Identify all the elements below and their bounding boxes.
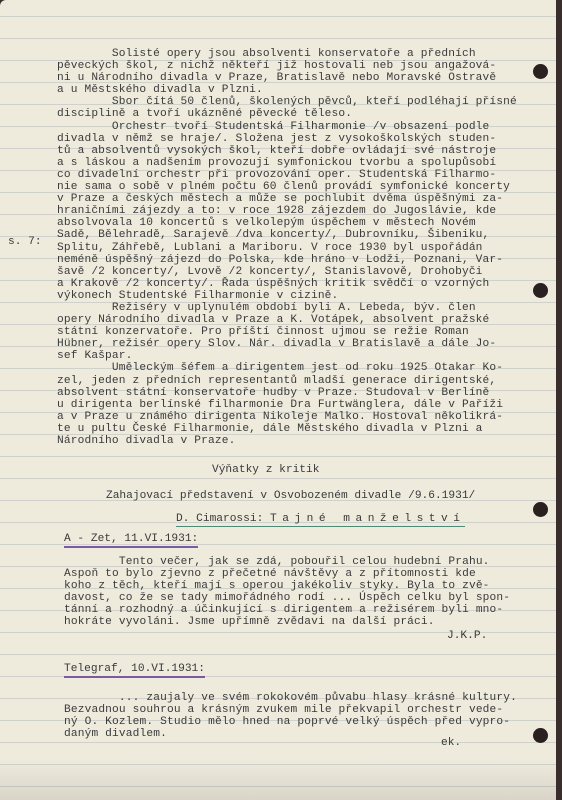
review-signature: J.K.P.: [447, 630, 487, 642]
review-source: Telegraf, 10.VI.1931:: [64, 663, 205, 678]
document-page: s. 7: Solisté opery jsou absolventi kons…: [0, 0, 556, 800]
opera-composer: D. Cimarossi:: [176, 513, 270, 525]
review-signature: ek.: [441, 737, 461, 749]
punch-hole: [533, 64, 548, 79]
premiere-subheading: Zahajovací představení v Osvobozeném div…: [106, 490, 475, 502]
section-heading: Výňatky z kritik: [212, 464, 319, 476]
body-text: Solisté opery jsou absolventi konservato…: [57, 48, 517, 447]
opera-title-line: D. Cimarossi: Tajné manželství: [176, 513, 465, 527]
review-text: Tento večer, jak se zdá, pobouřil celou …: [64, 556, 510, 629]
punch-hole: [533, 728, 548, 743]
review-source: A - Zet, 11.VI.1931:: [64, 533, 198, 548]
opera-title: Tajné manželství: [270, 513, 465, 525]
margin-note: s. 7:: [8, 236, 42, 248]
punch-hole: [533, 283, 548, 298]
review-text: ... zaujaly ve svém rokokovém půvabu hla…: [64, 692, 517, 740]
punch-hole: [533, 502, 548, 517]
